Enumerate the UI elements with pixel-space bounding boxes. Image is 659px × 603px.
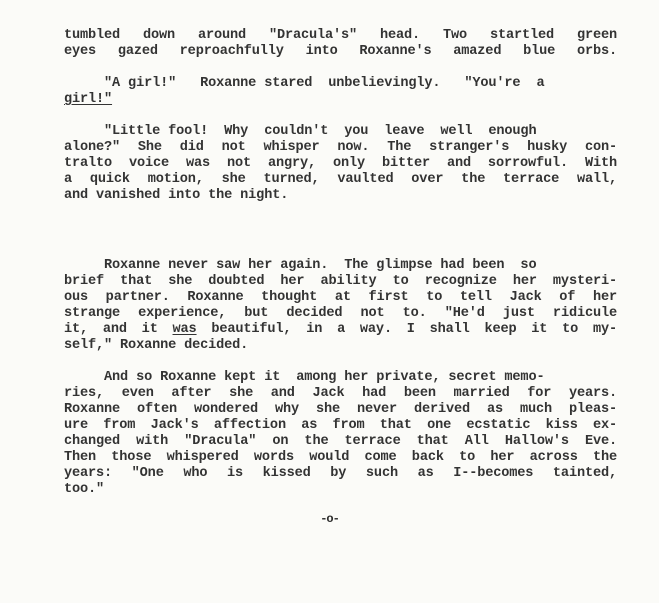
underlined-word: was bbox=[173, 322, 197, 337]
section-separator: -o- bbox=[0, 512, 659, 526]
text-line: a quick motion, she turned, vaulted over… bbox=[64, 172, 617, 188]
text-line: ure from Jack's affection as from that o… bbox=[64, 418, 617, 434]
text-line: And so Roxanne kept it among her private… bbox=[64, 370, 617, 386]
text-line: ous partner. Roxanne thought at first to… bbox=[64, 290, 617, 306]
text-line: and vanished into the night. bbox=[64, 188, 617, 204]
text-line: changed with "Dracula" on the terrace th… bbox=[64, 434, 617, 450]
text-line: self," Roxanne decided. bbox=[64, 338, 617, 354]
text-line: it, and it was beautiful, in a way. I sh… bbox=[64, 322, 617, 338]
text-line: ries, even after she and Jack had been m… bbox=[64, 386, 617, 402]
typewritten-page: tumbled down around "Dracula's" head. Tw… bbox=[0, 0, 659, 603]
text-line: Then those whispered words would come ba… bbox=[64, 450, 617, 466]
text-line: strange experience, but decided not to. … bbox=[64, 306, 617, 322]
text-line: brief that she doubted her ability to re… bbox=[64, 274, 617, 290]
text-line: Roxanne often wondered why she never der… bbox=[64, 402, 617, 418]
text-line: tralto voice was not angry, only bitter … bbox=[64, 156, 617, 172]
text-line: years: "One who is kissed by such as I--… bbox=[64, 466, 617, 482]
text-line: too." bbox=[64, 482, 617, 498]
text-line: "A girl!" Roxanne stared unbelievingly. … bbox=[64, 76, 617, 92]
underlined-text-line: girl!" bbox=[64, 92, 617, 108]
text-line: Roxanne never saw her again. The glimpse… bbox=[64, 258, 617, 274]
text-line: eyes gazed reproachfully into Roxanne's … bbox=[64, 44, 617, 60]
text-line: alone?" She did not whisper now. The str… bbox=[64, 140, 617, 156]
text-line: tumbled down around "Dracula's" head. Tw… bbox=[64, 28, 617, 44]
text-line: "Little fool! Why couldn't you leave wel… bbox=[64, 124, 617, 140]
